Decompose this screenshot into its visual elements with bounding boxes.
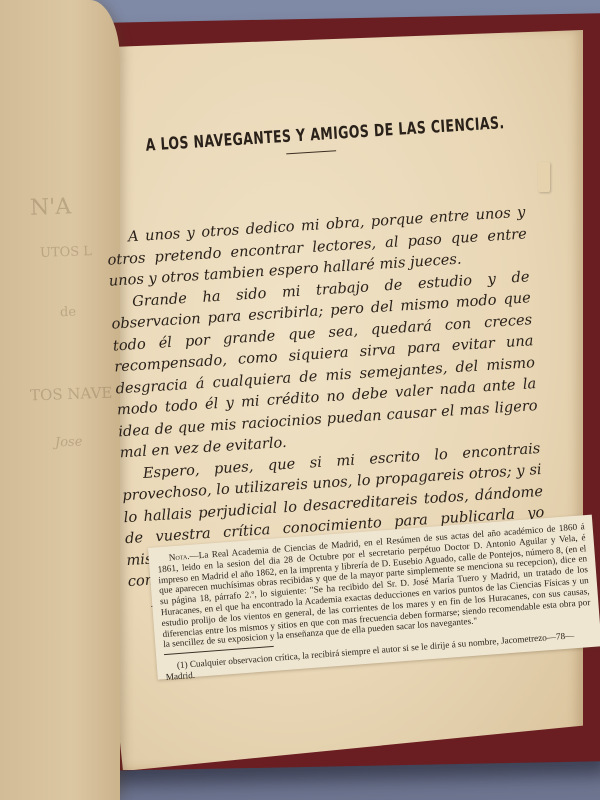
photo-scene: N'A UTOS L de TOS NAVE Jose A LOS NAVEGA… (0, 0, 600, 800)
note-label: Nota. (168, 551, 189, 563)
ghost-text: de (60, 305, 77, 321)
paragraph: Grande ha sido mi trabajo de estudio y d… (110, 266, 540, 464)
paper-tab (538, 162, 550, 192)
ghost-text: UTOS L (40, 244, 92, 261)
ghost-text: Jose (55, 435, 83, 451)
left-facing-page: N'A UTOS L de TOS NAVE Jose (0, 0, 120, 800)
title-divider (286, 150, 336, 154)
ghost-text: TOS NAVE (30, 384, 113, 405)
ghost-text: N'A (30, 194, 72, 220)
